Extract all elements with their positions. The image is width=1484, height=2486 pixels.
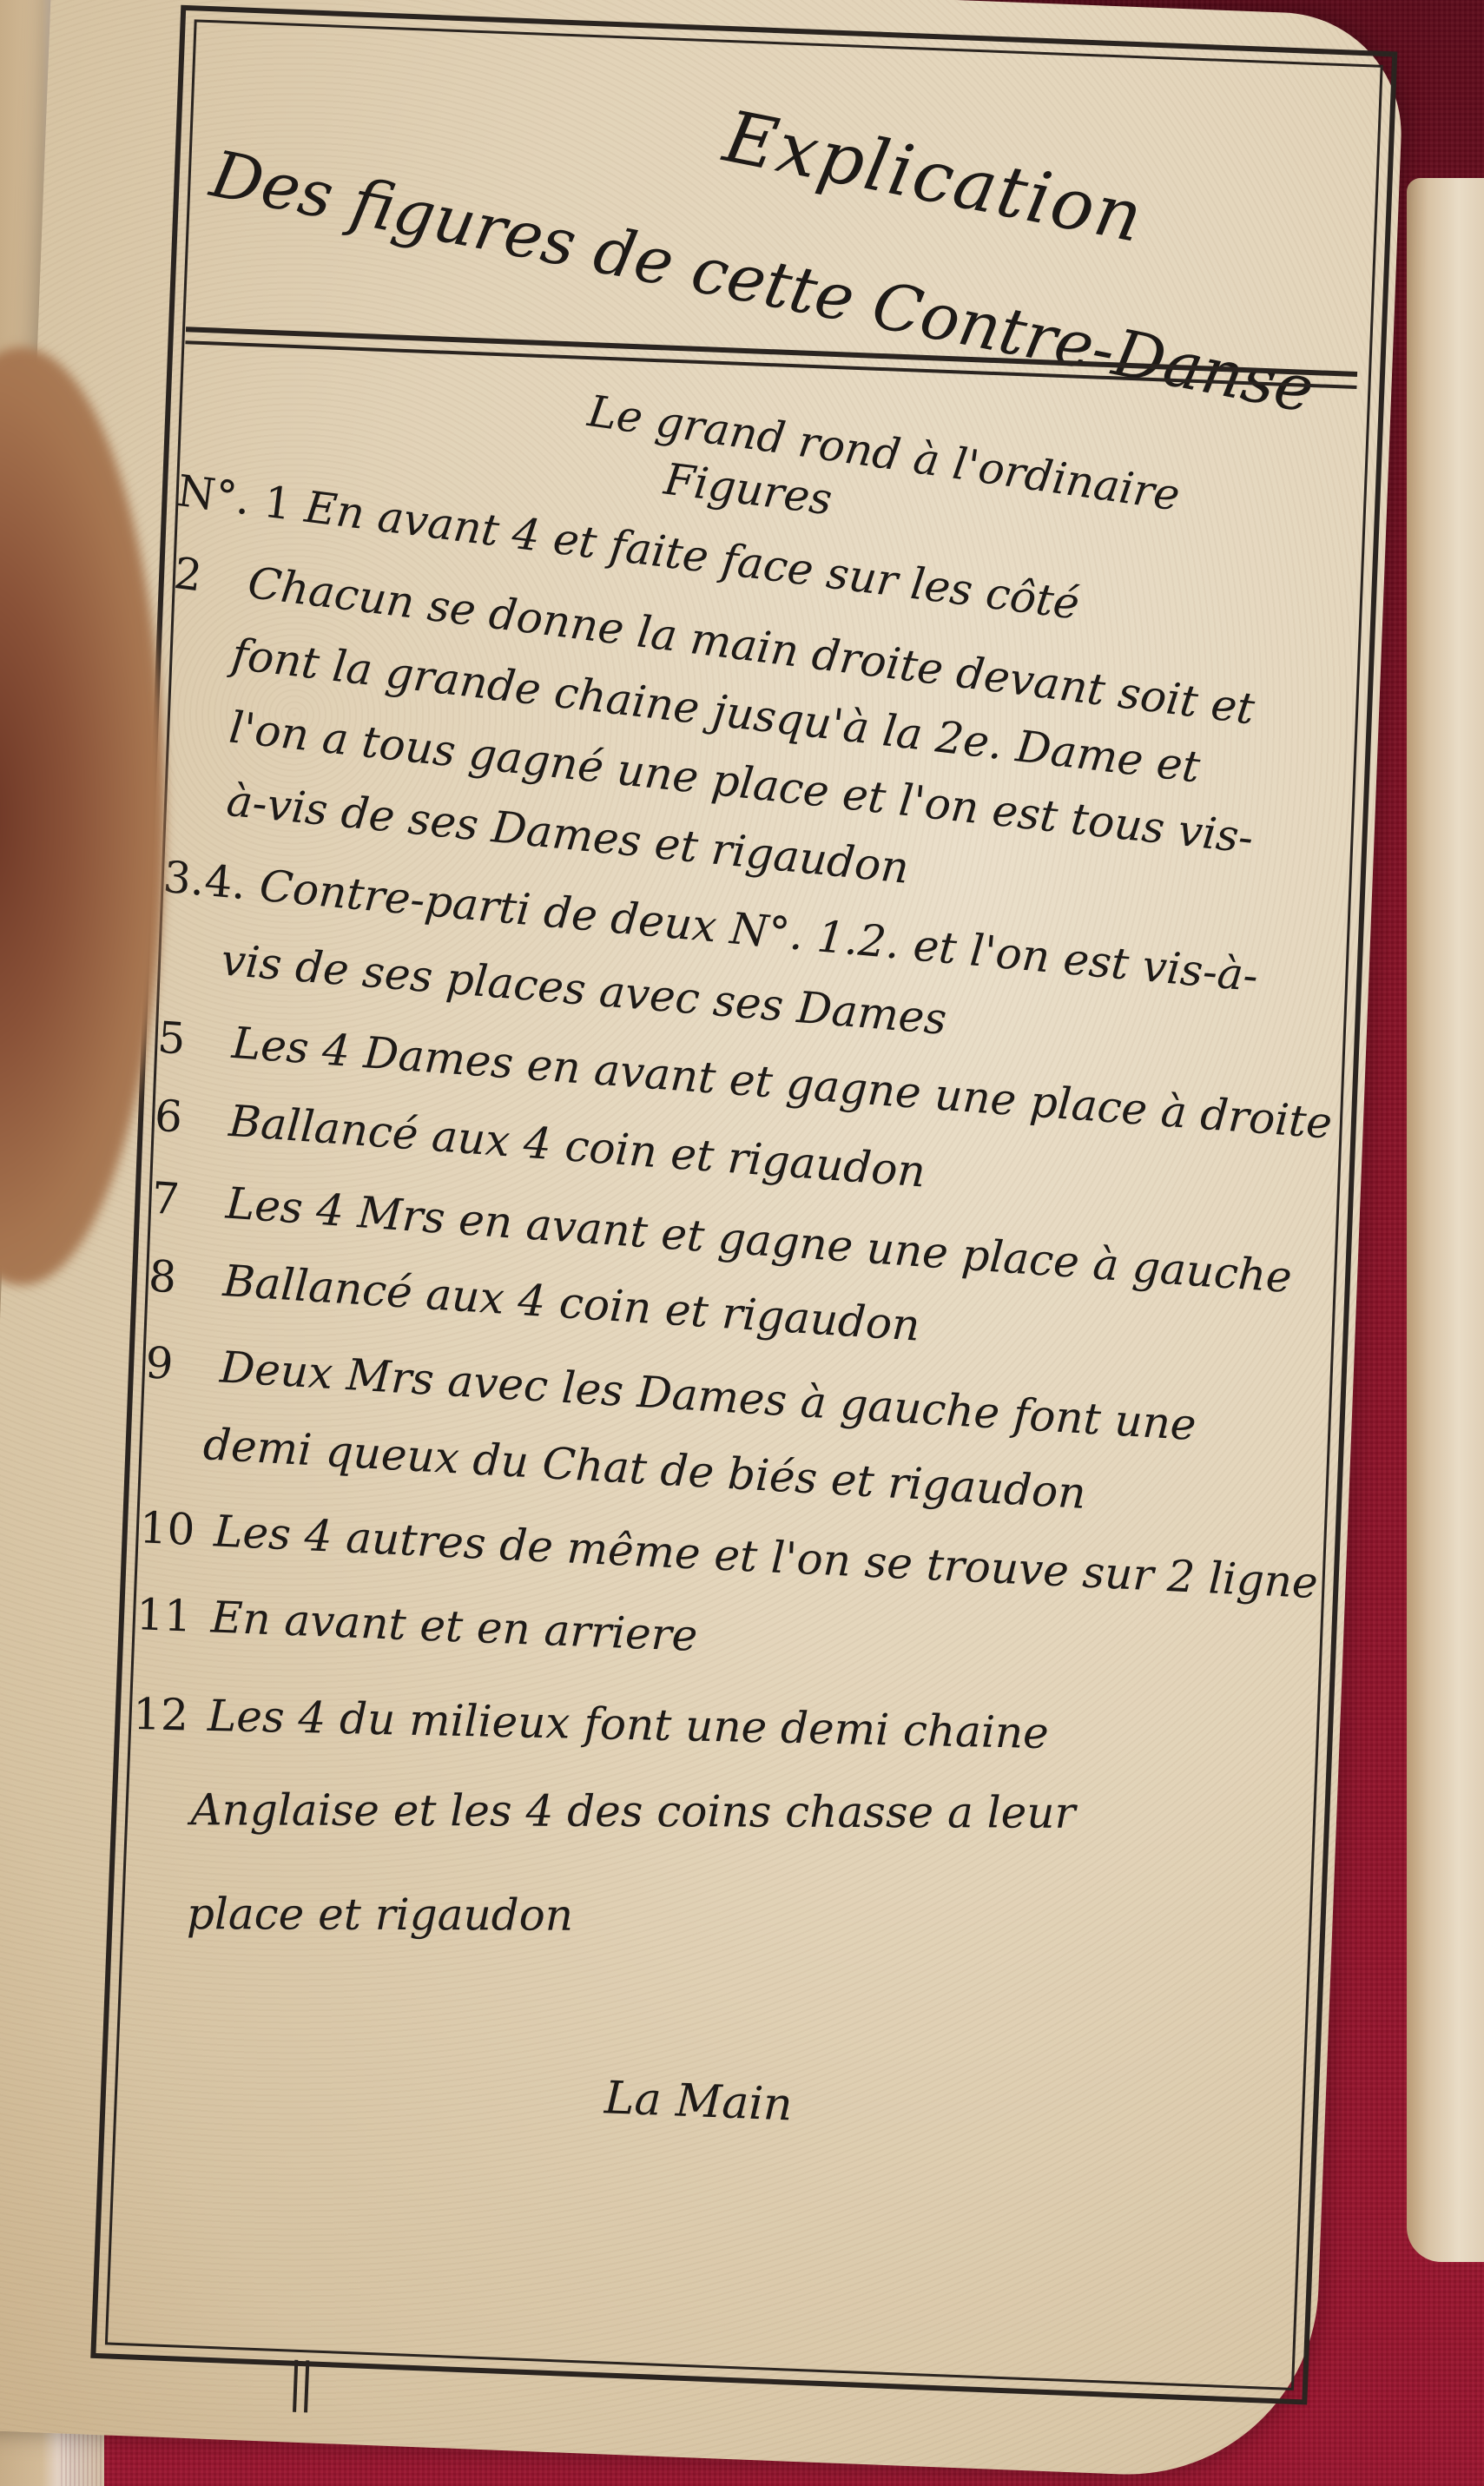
book-page: Explication Des figures de cette Contre-… — [0, 0, 1406, 2482]
figure-text: En avant et en arriere — [210, 1592, 698, 1660]
figure-12: 12 Les 4 du milieux font une demi chaine — [133, 1689, 1050, 1758]
figure-number: 5 — [156, 1012, 221, 1067]
adjacent-page-edge — [1407, 178, 1484, 2262]
title-explication: Explication — [717, 96, 1150, 259]
figure-number: 11 — [135, 1589, 198, 1642]
figure-number: N°. 1 — [175, 465, 295, 530]
figure-10: 10 Les 4 autres de même et l'on se trouv… — [138, 1502, 1319, 1608]
author-signature: La Main — [603, 2072, 794, 2131]
figure-text: Les 4 du milieux font une demi chaine — [208, 1691, 1050, 1758]
figure-number: 3.4. — [162, 852, 248, 909]
figure-number: 10 — [138, 1502, 201, 1555]
figure-number: 9 — [144, 1337, 208, 1391]
figure-number: 2 — [171, 548, 238, 605]
figure-text: Ballancé aux 4 coin et rigaudon — [221, 1256, 921, 1351]
figure-12-cont-1: Anglaise et les 4 des coins chasse a leu… — [129, 1784, 1075, 1838]
figure-number: 6 — [153, 1091, 217, 1145]
figure-11: 11 En avant et en arriere — [135, 1589, 698, 1661]
page-mark-left — [293, 2360, 298, 2412]
title-cartouche: Explication Des figures de cette Contre-… — [186, 23, 1369, 372]
figure-text: Les 4 autres de même et l'on se trouve s… — [213, 1506, 1319, 1608]
figure-12-cont-2: place et rigaudon — [126, 1889, 573, 1941]
figure-number: 8 — [148, 1250, 212, 1304]
page-mark-right — [304, 2360, 309, 2412]
figures-text-block: Le grand rond à l'ordinaire Figures N°. … — [109, 353, 1356, 2367]
figure-number: 7 — [150, 1173, 214, 1228]
figure-number: 12 — [133, 1689, 195, 1740]
